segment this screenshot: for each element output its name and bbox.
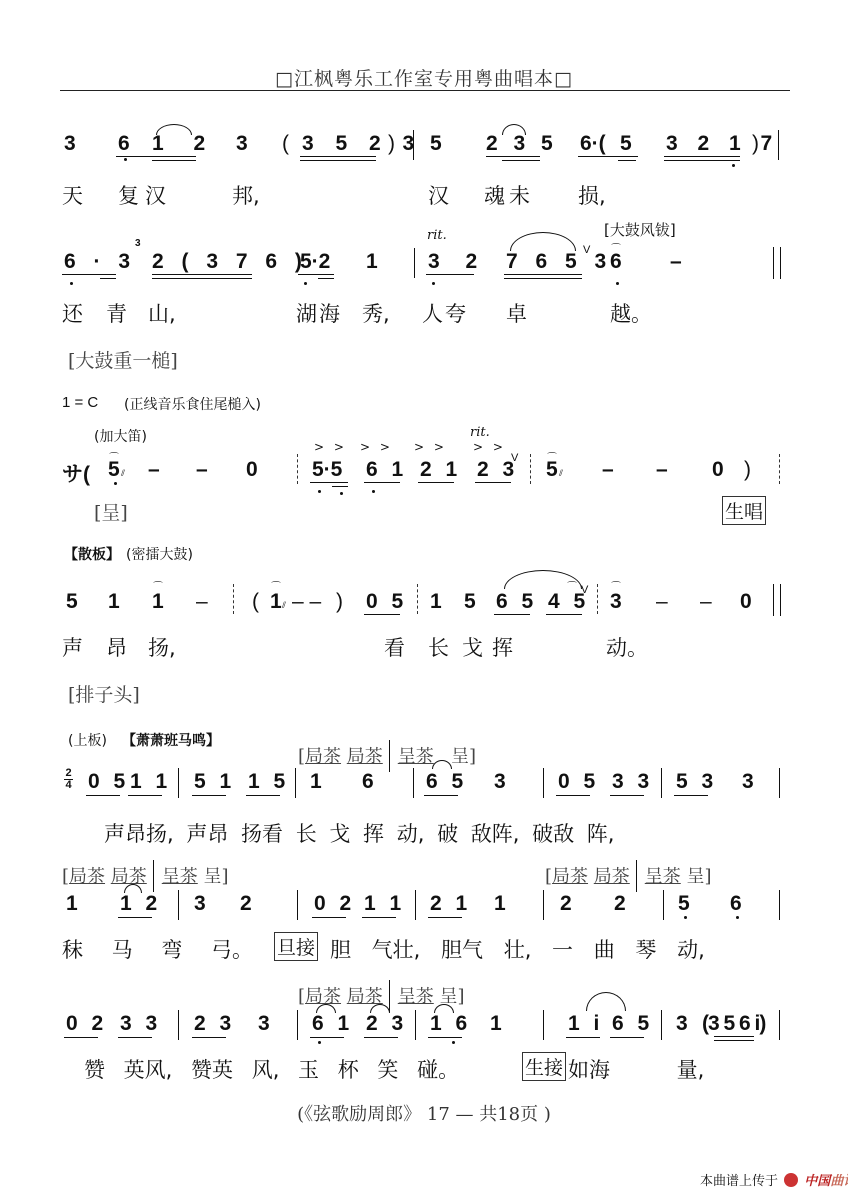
underline (310, 482, 348, 483)
fermata-icon: ⌒ (153, 578, 163, 593)
key-signature: 1 = C (62, 394, 98, 411)
low-octave-dot (736, 916, 739, 919)
barline (413, 130, 414, 160)
lyric: 还 (62, 298, 91, 328)
note-group: 0 5 (366, 590, 407, 614)
barline (297, 890, 298, 920)
note-group: 6 1 (312, 1012, 353, 1036)
note: 0 (740, 590, 752, 614)
note-group: (3 5 6 i) (702, 1012, 765, 1036)
dashed-barline (417, 584, 418, 614)
gong-syllable: 呈 (687, 866, 705, 887)
fermata-icon: ⌒ (567, 578, 577, 593)
fermata-icon: ⌒ (271, 578, 281, 593)
dash: – (656, 590, 668, 614)
singer-cue-box: 生唱 (722, 496, 766, 525)
underline (152, 274, 252, 275)
barline (415, 890, 416, 920)
dash: – (196, 458, 208, 482)
underline (714, 1036, 754, 1037)
note: 2 (240, 892, 252, 916)
underline (116, 156, 196, 157)
breath-mark: V (511, 452, 518, 464)
note-group: 1 1 (364, 892, 405, 916)
barline (297, 1010, 298, 1040)
barline (178, 1010, 179, 1040)
low-octave-dot (432, 282, 435, 285)
note-group: 6 5 (426, 770, 467, 794)
underline (502, 160, 540, 161)
note-group: 3 3 (612, 770, 653, 794)
note: 1 (494, 892, 506, 916)
free-tempo-mark: サ( (62, 458, 90, 488)
dashed-barline (779, 454, 780, 484)
note: 2 (560, 892, 572, 916)
lyric: 青 (106, 298, 127, 328)
note: 5 (620, 132, 632, 156)
note-group: 1 2 (120, 892, 161, 916)
double-barline (773, 247, 781, 279)
tremolo-icon: ⫽ (121, 468, 125, 479)
note: 1 (366, 250, 378, 274)
header-divider (60, 90, 790, 91)
watermark-brand: 中国 (804, 1174, 830, 1189)
underline (566, 1037, 600, 1038)
note: 3 (258, 1012, 270, 1036)
low-octave-dot (70, 282, 73, 285)
note-group: 0 2 (66, 1012, 107, 1036)
drum-note: (密擂大鼓) (126, 544, 193, 564)
lyric: 动。 (606, 632, 648, 662)
underline (332, 486, 348, 487)
underline (118, 917, 152, 918)
underline (300, 156, 376, 157)
page-header-title: □江枫粤乐工作室专用粤曲唱本□ (0, 64, 848, 91)
note-group: 6 1 (366, 458, 407, 482)
low-octave-dot (114, 482, 117, 485)
grace-note: 3 (135, 238, 141, 249)
underline (362, 917, 396, 918)
note-group: 0 5 (88, 770, 129, 794)
breath-mark: V (583, 244, 590, 256)
slur (502, 124, 526, 135)
barline (415, 1010, 416, 1040)
lyric: 扬, (148, 632, 176, 662)
fermata-icon: ⌒ (547, 449, 557, 464)
percussion-cue: [大鼓风钹] (604, 219, 676, 240)
note-group: 6 5 (496, 590, 537, 614)
tune-name: 【萧萧班马鸣】 (122, 730, 220, 750)
note-group: 0 5 (558, 770, 599, 794)
barline (178, 890, 179, 920)
note: 0 (246, 458, 258, 482)
lyric: 邦, (232, 180, 260, 210)
watermark-brand-suffix: 曲谱网 (830, 1174, 848, 1189)
section-label: [大鼓重一槌] (68, 346, 178, 373)
note-group: 1 6 (430, 1012, 471, 1036)
underline (152, 278, 252, 279)
gong-pattern: [局茶 局茶呈茶 呈] (62, 860, 229, 892)
low-octave-dot (732, 164, 735, 167)
barline (779, 890, 780, 920)
slur (510, 232, 576, 251)
underline (418, 482, 454, 483)
fermata-icon: ⌒ (109, 449, 119, 464)
barline (779, 768, 780, 798)
low-octave-dot (304, 282, 307, 285)
underline (364, 482, 400, 483)
watermark-prefix: 本曲谱上传于 (700, 1174, 778, 1189)
accent-marks: > > (473, 440, 506, 454)
underline (62, 274, 116, 275)
note: 5 (464, 590, 476, 614)
lyric: 越。 (610, 298, 652, 328)
underline (556, 795, 590, 796)
gong-syllable: 呈茶 (398, 746, 434, 767)
barline (661, 768, 662, 798)
barline (178, 768, 179, 798)
low-octave-dot (124, 158, 127, 161)
tremolo-icon: ⫽ (282, 600, 286, 611)
lyric: 昂 (106, 632, 127, 662)
underline (426, 274, 474, 275)
note: 1 (108, 590, 120, 614)
note-group: 2 ( 3 7 6 ) (152, 250, 308, 274)
barline (295, 768, 296, 798)
note-group: 2 3 5 (486, 132, 558, 156)
gong-syllable: 呈茶 (645, 866, 681, 887)
tempo-label: 【散板】 (64, 544, 120, 564)
underline (310, 1037, 344, 1038)
underline (428, 1037, 462, 1038)
paren: ) (388, 132, 395, 156)
barline (778, 130, 779, 160)
logo-icon (784, 1173, 798, 1187)
note-group: 1 1 (130, 770, 171, 794)
lyric-line: 胆 气壮, 胆气 壮, 一 曲 琴 动, (330, 934, 705, 964)
low-octave-dot (684, 916, 687, 919)
slur (586, 992, 626, 1011)
dashed-barline (597, 584, 598, 614)
paren: ) (744, 458, 751, 482)
low-octave-dot (318, 1041, 321, 1044)
barline (663, 890, 664, 920)
dash: – (602, 458, 614, 482)
fermata-icon: ⌒ (611, 240, 621, 255)
note-group: 6·( (580, 132, 606, 156)
note-group: 2 3 (366, 1012, 407, 1036)
lyric: 看 (384, 632, 405, 662)
note: 6 (118, 132, 130, 156)
gong-syllable: 呈茶 (398, 986, 434, 1007)
barline (661, 1010, 662, 1040)
ritardando-mark: rit. (470, 425, 490, 440)
gong-pattern: [局茶 局茶呈茶 呈] (545, 860, 712, 892)
note: 1 (490, 1012, 502, 1036)
underline (475, 482, 511, 483)
gong-syllable: 局茶 (347, 746, 383, 767)
underline (618, 160, 636, 161)
underline (246, 795, 280, 796)
note: 1 (430, 590, 442, 614)
note-group: 2 1 (430, 892, 471, 916)
accent-marks: > > (360, 440, 393, 454)
note: 1 (66, 892, 78, 916)
lyric: 魂未 (484, 180, 534, 210)
note-group: 1 i (568, 1012, 603, 1036)
lyric: 戈 (462, 632, 483, 662)
underline (192, 795, 226, 796)
key-note: (正线音乐食住尾槌入) (124, 394, 261, 414)
ritardando-mark: rit. (427, 228, 447, 243)
note: 3 (610, 590, 622, 614)
underline (364, 1037, 398, 1038)
note-group: 2 3 (194, 1012, 235, 1036)
fermata-icon: ⌒ (611, 578, 621, 593)
lyric-line: 秣 马 弯 弓。 (62, 934, 253, 964)
note: 3 (742, 770, 754, 794)
note-group: 0 2 (314, 892, 355, 916)
underline (578, 156, 638, 157)
note: 2 (614, 892, 626, 916)
low-octave-dot (616, 282, 619, 285)
breath-mark: V (581, 584, 588, 596)
lyric: 复汉 (118, 180, 172, 210)
dash: – (670, 250, 682, 274)
underline (298, 274, 334, 275)
note: 5 (430, 132, 442, 156)
note: 0 (712, 458, 724, 482)
underline (486, 156, 540, 157)
lyric: 损, (578, 180, 606, 210)
barline (543, 890, 544, 920)
underline (504, 278, 582, 279)
underline (674, 795, 708, 796)
underline (192, 1037, 226, 1038)
note-group: 7 6 5 3 (506, 250, 612, 274)
gong-syllable: 局茶 (305, 746, 341, 767)
underline (546, 614, 582, 615)
dashed-barline (297, 454, 298, 484)
singer-cue-box: 生接 (522, 1052, 566, 1081)
gong-syllable: 局茶 (594, 866, 630, 887)
accent-marks: > > (314, 440, 347, 454)
lyric: 汉 (428, 180, 449, 210)
underline (428, 917, 462, 918)
note-group: 3 3 (120, 1012, 161, 1036)
instrument-note: (加大笛) (94, 426, 147, 446)
note-group: 3 2 1 7 (666, 132, 779, 156)
cue-label: [呈] (94, 498, 128, 525)
lyric: 天 (62, 180, 83, 210)
tremolo-icon: ⫽ (559, 468, 563, 479)
underline (714, 1040, 754, 1041)
tempo-label: (上板) (68, 730, 107, 750)
underline (364, 614, 400, 615)
dashed-barline (530, 454, 531, 484)
section-label: [排子头] (68, 680, 140, 707)
page-footer: (《弦歌励周郎》 17 — 共18页 ) (0, 1100, 848, 1126)
note: 3 (494, 770, 506, 794)
dash: – (196, 590, 208, 614)
underline (664, 160, 740, 161)
lyric-line: 如海 量, (568, 1054, 704, 1084)
singer-cue-box: 旦接 (274, 932, 318, 961)
slur (156, 124, 192, 135)
double-barline (773, 584, 781, 616)
barline (779, 1010, 780, 1040)
note: 5 (66, 590, 78, 614)
underline (118, 1037, 152, 1038)
dash: – – (292, 590, 321, 614)
underline (610, 795, 644, 796)
barline (414, 248, 415, 278)
low-octave-dot (452, 1041, 455, 1044)
gong-syllable: 局茶 (552, 866, 588, 887)
note-group: 3 5 2 3 (302, 132, 422, 156)
note: 3 (236, 132, 248, 156)
underline (312, 917, 346, 918)
underline (318, 278, 334, 279)
lyric: 挥 (492, 632, 513, 662)
low-octave-dot (340, 492, 343, 495)
note: 5 (678, 892, 690, 916)
underline (300, 160, 376, 161)
paren: ) (336, 590, 343, 614)
lyric: 秀, (362, 298, 390, 328)
low-octave-dot (372, 490, 375, 493)
note-group: 5·5 (312, 458, 342, 482)
note: 6 (730, 892, 742, 916)
gong-syllable: 局茶 (69, 866, 105, 887)
gong-syllable: 呈茶 (162, 866, 198, 887)
paren: ( (252, 590, 259, 614)
note: 3 (64, 132, 76, 156)
lyric: 长 (428, 632, 449, 662)
lyric: 山, (148, 298, 176, 328)
underline (610, 1037, 644, 1038)
note: 3 (676, 1012, 688, 1036)
gong-syllable: 呈 (451, 746, 469, 767)
underline (86, 795, 120, 796)
lyric-line: 赞 英风, 赞英 风, 玉 杯 笑 碰。 (84, 1054, 459, 1084)
watermark: 本曲谱上传于 中国曲谱网 (700, 1170, 848, 1189)
lyric-line: 声昂扬, 声昂 扬看 长 戈 挥 动, 破 敌阵, 破敌 阵, (104, 818, 614, 848)
note: 1 (310, 770, 322, 794)
note-group: 5·2 (300, 250, 330, 274)
underline (64, 1037, 98, 1038)
dashed-barline (233, 584, 234, 614)
barline (543, 1010, 544, 1040)
dash: – (656, 458, 668, 482)
lyric: 卓 (506, 298, 527, 328)
note-group: 6 5 (612, 1012, 653, 1036)
note: 1 (152, 590, 164, 614)
paren: ( (282, 132, 289, 156)
low-octave-dot (318, 490, 321, 493)
note-group: 1 5 (248, 770, 289, 794)
note: 6 (362, 770, 374, 794)
note: 1 (270, 590, 282, 614)
time-signature: 24 (64, 768, 73, 791)
underline (128, 795, 162, 796)
accent-marks: > > (414, 440, 447, 454)
note-group: 3 2 (428, 250, 487, 274)
barline (543, 768, 544, 798)
lyric: 湖海 (296, 298, 342, 328)
underline (664, 156, 740, 157)
note: 3 (194, 892, 206, 916)
underline (494, 614, 530, 615)
dash: – (148, 458, 160, 482)
underline (424, 795, 458, 796)
underline (504, 274, 582, 275)
dash: – (700, 590, 712, 614)
paren: ) (752, 132, 759, 156)
gong-syllable: 呈 (204, 866, 222, 887)
barline (413, 768, 414, 798)
note-group: 5 1 (194, 770, 235, 794)
lyric: 声 (62, 632, 83, 662)
note-group: 1 2 (152, 132, 217, 156)
lyric: 人夸 (422, 298, 468, 328)
note-group: 6 · 3 (64, 250, 136, 274)
underline (100, 278, 116, 279)
note-group: 5 3 (676, 770, 717, 794)
underline (152, 160, 196, 161)
note-group: 2 1 (420, 458, 461, 482)
